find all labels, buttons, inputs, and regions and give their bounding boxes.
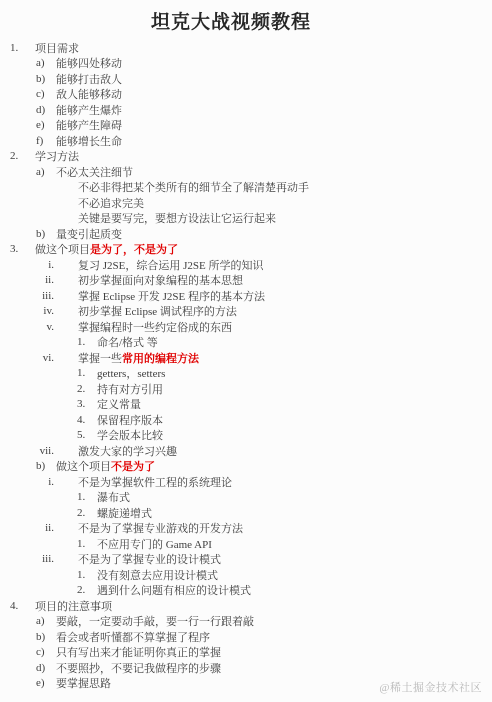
outline-text-part: 关键是要写完，要想方设法让它运行起来 [78, 213, 276, 225]
outline-text-highlight: 不是为了 [111, 461, 155, 473]
outline-text-part: 初步掌握面向对象编程的基本思想 [78, 275, 243, 287]
outline-label: 3. [77, 398, 90, 410]
outline-text: 看会或者听懂都不算掌握了程序 [56, 629, 210, 645]
outline-text-part: 能够增长生命 [56, 136, 122, 148]
outline-line: d)能够产生爆炸 [0, 102, 492, 118]
outline-text: 要掌握思路 [56, 675, 111, 691]
outline-label: a) [36, 615, 56, 627]
outline-text-part: 掌握 Eclipse 开发 J2SE 程序的基本方法 [78, 291, 265, 303]
outline-text-part: 能够四处移动 [56, 58, 122, 70]
outline-line: 不必追求完美 [0, 195, 492, 211]
outline-text: 能够增长生命 [56, 133, 122, 149]
outline-text: 掌握一些常用的编程方法 [78, 350, 199, 366]
outline-text: 不应用专门的 Game API [97, 536, 212, 552]
outline-text-part: 项目的注意事项 [35, 601, 112, 613]
outline-text-highlight: 常用的编程方法 [122, 353, 199, 365]
outline-line: a)能够四处移动 [0, 56, 492, 72]
outline-text-part: 不必追求完美 [78, 198, 144, 210]
outline-text-part: 做这个项目 [56, 461, 111, 473]
document-title: 坦克大战视频教程 [0, 0, 462, 34]
outline-text-part: 要掌握思路 [56, 678, 111, 690]
outline-line: 4.项目的注意事项 [0, 598, 492, 614]
outline-text-part: 瀑布式 [97, 492, 130, 504]
outline-text: 初步掌握 Eclipse 调试程序的方法 [78, 303, 237, 319]
outline-text-part: 能够打击敌人 [56, 74, 122, 86]
outline-line: iii.掌握 Eclipse 开发 J2SE 程序的基本方法 [0, 288, 492, 304]
outline-label: v. [36, 321, 54, 333]
outline-line: 2.学习方法 [0, 149, 492, 165]
outline-label: 2. [10, 150, 35, 162]
outline-text-part: 激发大家的学习兴趣 [78, 446, 177, 458]
outline-line: 1.没有刻意去应用设计模式 [0, 567, 492, 583]
outline-label: 1. [10, 42, 35, 54]
outline-text-part: getters，setters [97, 368, 165, 380]
outline-text-highlight: 是为了，不是为了 [90, 244, 178, 256]
outline-text-part: 学习方法 [35, 151, 79, 163]
outline-line: 1.不应用专门的 Game API [0, 536, 492, 552]
outline-text: 能够产生爆炸 [56, 102, 122, 118]
outline-line: i.复习 J2SE，综合运用 J2SE 所学的知识 [0, 257, 492, 273]
outline-label: 4. [10, 600, 35, 612]
outline-text: 掌握编程时一些约定俗成的东西 [78, 319, 232, 335]
outline-text-part: 项目需求 [35, 43, 79, 55]
outline-text: 定义常量 [97, 396, 141, 412]
outline-line: b)做这个项目不是为了 [0, 459, 492, 475]
outline-line: 5.学会版本比较 [0, 428, 492, 444]
outline-text: 不是为掌握软件工程的系统理论 [78, 474, 232, 490]
outline-line: iv.初步掌握 Eclipse 调试程序的方法 [0, 304, 492, 320]
outline-text: 能够打击敌人 [56, 71, 122, 87]
outline-label: 4. [77, 414, 90, 426]
outline-label: e) [36, 677, 56, 689]
outline-line: c)只有写出来才能证明你真正的掌握 [0, 645, 492, 661]
outline-text: 不是为了掌握专业的设计模式 [78, 551, 221, 567]
outline-label: vi. [36, 352, 54, 364]
outline-label: 1. [77, 367, 90, 379]
outline-label: b) [36, 73, 56, 85]
outline-text: 敌人能够移动 [56, 86, 122, 102]
outline-text-part: 不必太关注细节 [56, 167, 133, 179]
outline-line: vi.掌握一些常用的编程方法 [0, 350, 492, 366]
outline-line: d)不要照抄，不要记我做程序的步骤 [0, 660, 492, 676]
outline-label: b) [36, 460, 56, 472]
outline-text: 项目需求 [35, 40, 79, 56]
outline-text-part: 能够产生障碍 [56, 120, 122, 132]
outline-text: 不必太关注细节 [56, 164, 133, 180]
outline-line: 关键是要写完，要想方设法让它运行起来 [0, 211, 492, 227]
outline-text: 不是为了掌握专业游戏的开发方法 [78, 520, 243, 536]
outline-text: 要敲，一定要动手敲，要一行一行跟着敲 [56, 613, 254, 629]
outline-line: 2.持有对方引用 [0, 381, 492, 397]
outline-text: 项目的注意事项 [35, 598, 112, 614]
outline-text: 掌握 Eclipse 开发 J2SE 程序的基本方法 [78, 288, 265, 304]
outline-text-part: 要敲，一定要动手敲，要一行一行跟着敲 [56, 616, 254, 628]
outline-line: vii.激发大家的学习兴趣 [0, 443, 492, 459]
outline-text-part: 不是为掌握软件工程的系统理论 [78, 477, 232, 489]
outline-line: f)能够增长生命 [0, 133, 492, 149]
outline-line: ii.不是为了掌握专业游戏的开发方法 [0, 521, 492, 537]
outline-line: iii.不是为了掌握专业的设计模式 [0, 552, 492, 568]
document-page: 坦克大战视频教程 1.项目需求a)能够四处移动b)能够打击敌人c)敌人能够移动d… [0, 0, 492, 702]
outline-text: getters，setters [97, 365, 165, 381]
outline-text: 没有刻意去应用设计模式 [97, 567, 218, 583]
outline-label: 1. [77, 569, 90, 581]
outline-text: 能够产生障碍 [56, 117, 122, 133]
outline-label: 1. [77, 491, 90, 503]
outline-text-part: 掌握一些 [78, 353, 122, 365]
outline-line: c)敌人能够移动 [0, 87, 492, 103]
outline-line: 2.螺旋递增式 [0, 505, 492, 521]
outline-text: 做这个项目不是为了 [56, 458, 155, 474]
outline-line: i.不是为掌握软件工程的系统理论 [0, 474, 492, 490]
outline-label: d) [36, 104, 56, 116]
outline-text-part: 学会版本比较 [97, 430, 163, 442]
outline-text: 激发大家的学习兴趣 [78, 443, 177, 459]
outline-label: iv. [36, 305, 54, 317]
outline-text-part: 掌握编程时一些约定俗成的东西 [78, 322, 232, 334]
outline-text-part: 只有写出来才能证明你真正的掌握 [56, 647, 221, 659]
outline-label: 1. [77, 538, 90, 550]
outline-text-part: 做这个项目 [35, 244, 90, 256]
outline-label: iii. [36, 553, 54, 565]
outline-line: b)看会或者听懂都不算掌握了程序 [0, 629, 492, 645]
outline-label: 3. [10, 243, 35, 255]
outline-line: b)能够打击敌人 [0, 71, 492, 87]
outline-line: a)要敲，一定要动手敲，要一行一行跟着敲 [0, 614, 492, 630]
outline-label: ii. [36, 274, 54, 286]
outline-text-part: 不必非得把某个类所有的细节全了解清楚再动手 [78, 182, 309, 194]
watermark-text: @稀土掘金技术社区 [379, 679, 482, 695]
outline-label: f) [36, 135, 56, 147]
outline-label: b) [36, 631, 56, 643]
outline-label: e) [36, 119, 56, 131]
outline-label: i. [36, 259, 54, 271]
outline-text-part: 没有刻意去应用设计模式 [97, 570, 218, 582]
outline-text: 学习方法 [35, 148, 79, 164]
outline-text: 不必非得把某个类所有的细节全了解清楚再动手 [78, 179, 309, 195]
outline-line: 3.做这个项目是为了，不是为了 [0, 242, 492, 258]
outline-text-part: 不是为了掌握专业的设计模式 [78, 554, 221, 566]
outline-label: b) [36, 228, 56, 240]
outline-line: 2.遇到什么问题有相应的设计模式 [0, 583, 492, 599]
outline-text: 持有对方引用 [97, 381, 163, 397]
outline-text: 瀑布式 [97, 489, 130, 505]
outline-text: 能够四处移动 [56, 55, 122, 71]
outline-label: i. [36, 476, 54, 488]
outline-text-part: 复习 J2SE，综合运用 J2SE 所学的知识 [78, 260, 264, 272]
outline-line: 4.保留程序版本 [0, 412, 492, 428]
outline-text: 学会版本比较 [97, 427, 163, 443]
outline-text-part: 保留程序版本 [97, 415, 163, 427]
outline-text-part: 不是为了掌握专业游戏的开发方法 [78, 523, 243, 535]
outline-label: c) [36, 646, 56, 658]
outline-label: vii. [36, 445, 54, 457]
outline-label: 2. [77, 584, 90, 596]
outline-line: e)能够产生障碍 [0, 118, 492, 134]
outline-text: 关键是要写完，要想方设法让它运行起来 [78, 210, 276, 226]
outline-text-part: 量变引起质变 [56, 229, 122, 241]
outline-text-part: 命名/格式 等 [97, 337, 158, 349]
outline-text: 不必追求完美 [78, 195, 144, 211]
outline-text: 螺旋递增式 [97, 505, 152, 521]
outline-text: 不要照抄，不要记我做程序的步骤 [56, 660, 221, 676]
outline-text: 遇到什么问题有相应的设计模式 [97, 582, 251, 598]
outline-line: b)量变引起质变 [0, 226, 492, 242]
outline-text: 复习 J2SE，综合运用 J2SE 所学的知识 [78, 257, 264, 273]
outline-text-part: 定义常量 [97, 399, 141, 411]
outline-text-part: 持有对方引用 [97, 384, 163, 396]
outline-line: 1.项目需求 [0, 40, 492, 56]
outline-text-part: 螺旋递增式 [97, 508, 152, 520]
outline-text-part: 能够产生爆炸 [56, 105, 122, 117]
outline-text-part: 看会或者听懂都不算掌握了程序 [56, 632, 210, 644]
outline-label: d) [36, 662, 56, 674]
outline-text: 做这个项目是为了，不是为了 [35, 241, 178, 257]
outline-text-part: 初步掌握 Eclipse 调试程序的方法 [78, 306, 237, 318]
outline-label: 1. [77, 336, 90, 348]
outline-text: 保留程序版本 [97, 412, 163, 428]
outline-line: 不必非得把某个类所有的细节全了解清楚再动手 [0, 180, 492, 196]
outline-label: ii. [36, 522, 54, 534]
outline-text-part: 遇到什么问题有相应的设计模式 [97, 585, 251, 597]
outline-label: c) [36, 88, 56, 100]
outline-text: 初步掌握面向对象编程的基本思想 [78, 272, 243, 288]
outline-list: 1.项目需求a)能够四处移动b)能够打击敌人c)敌人能够移动d)能够产生爆炸e)… [0, 40, 492, 691]
outline-line: 1.瀑布式 [0, 490, 492, 506]
outline-text: 命名/格式 等 [97, 334, 158, 350]
outline-line: ii.初步掌握面向对象编程的基本思想 [0, 273, 492, 289]
outline-label: a) [36, 57, 56, 69]
outline-line: v.掌握编程时一些约定俗成的东西 [0, 319, 492, 335]
outline-text-part: 不应用专门的 Game API [97, 539, 212, 551]
outline-label: 5. [77, 429, 90, 441]
outline-label: 2. [77, 383, 90, 395]
outline-label: a) [36, 166, 56, 178]
outline-text-part: 敌人能够移动 [56, 89, 122, 101]
outline-line: 3.定义常量 [0, 397, 492, 413]
outline-line: 1.getters，setters [0, 366, 492, 382]
outline-line: a)不必太关注细节 [0, 164, 492, 180]
outline-text: 量变引起质变 [56, 226, 122, 242]
outline-text-part: 不要照抄，不要记我做程序的步骤 [56, 663, 221, 675]
outline-label: 2. [77, 507, 90, 519]
outline-line: 1.命名/格式 等 [0, 335, 492, 351]
outline-text: 只有写出来才能证明你真正的掌握 [56, 644, 221, 660]
outline-label: iii. [36, 290, 54, 302]
